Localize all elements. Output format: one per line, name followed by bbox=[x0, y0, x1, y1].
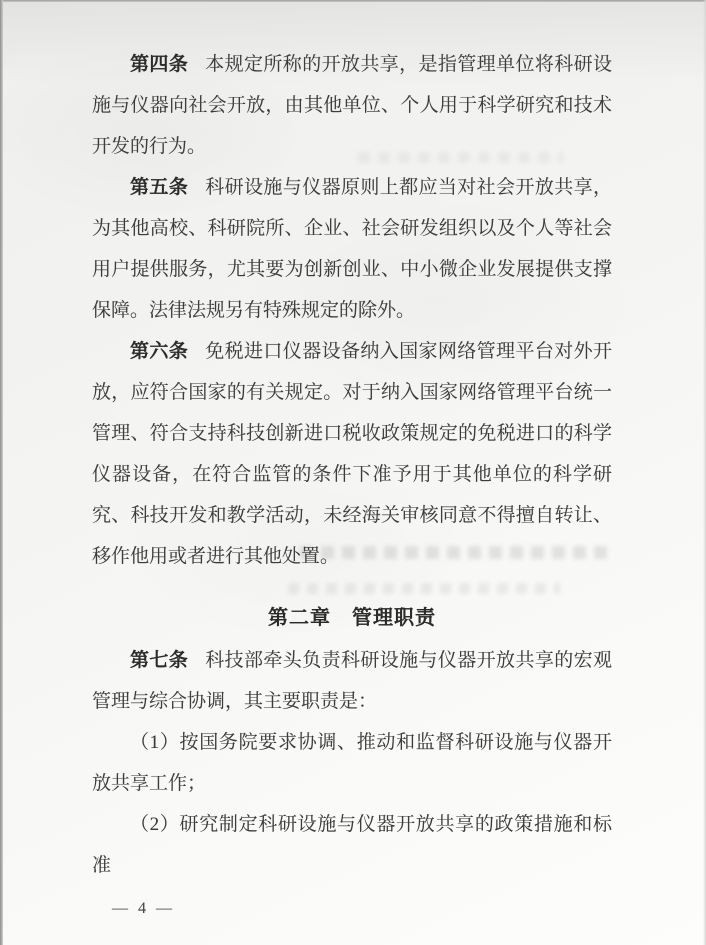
list-item-2: （2）研究制定科研设施与仪器开放共享的政策措施和标准 bbox=[92, 804, 612, 886]
article-7-number: 第七条 bbox=[130, 650, 188, 671]
scan-edge-left bbox=[0, 0, 3, 945]
article-5-paragraph: 第五条科研设施与仪器原则上都应当对社会开放共享，为其他高校、科研院所、企业、社会… bbox=[92, 167, 612, 331]
article-5-text: 科研设施与仪器原则上都应当对社会开放共享，为其他高校、科研院所、企业、社会研发组… bbox=[92, 177, 612, 321]
article-4-paragraph: 第四条本规定所称的开放共享，是指管理单位将科研设施与仪器向社会开放，由其他单位、… bbox=[92, 44, 612, 167]
scanned-document-page: 第四条本规定所称的开放共享，是指管理单位将科研设施与仪器向社会开放，由其他单位、… bbox=[0, 0, 706, 945]
article-6-paragraph: 第六条免税进口仪器设备纳入国家网络管理平台对外开放，应符合国家的有关规定。对于纳… bbox=[92, 331, 612, 577]
scan-edge-top bbox=[0, 0, 706, 2]
article-4-number: 第四条 bbox=[130, 54, 188, 75]
chapter-heading: 第二章 管理职责 bbox=[92, 598, 612, 639]
page-number: — 4 — bbox=[112, 888, 612, 929]
article-7-paragraph: 第七条科技部牵头负责科研设施与仪器开放共享的宏观管理与综合协调，其主要职责是： bbox=[92, 640, 612, 722]
document-body: 第四条本规定所称的开放共享，是指管理单位将科研设施与仪器向社会开放，由其他单位、… bbox=[92, 44, 612, 929]
article-5-number: 第五条 bbox=[130, 177, 188, 198]
list-item-1: （1）按国务院要求协调、推动和监督科研设施与仪器开放共享工作； bbox=[92, 722, 612, 804]
article-6-text: 免税进口仪器设备纳入国家网络管理平台对外开放，应符合国家的有关规定。对于纳入国家… bbox=[92, 341, 612, 567]
article-6-number: 第六条 bbox=[130, 341, 188, 362]
